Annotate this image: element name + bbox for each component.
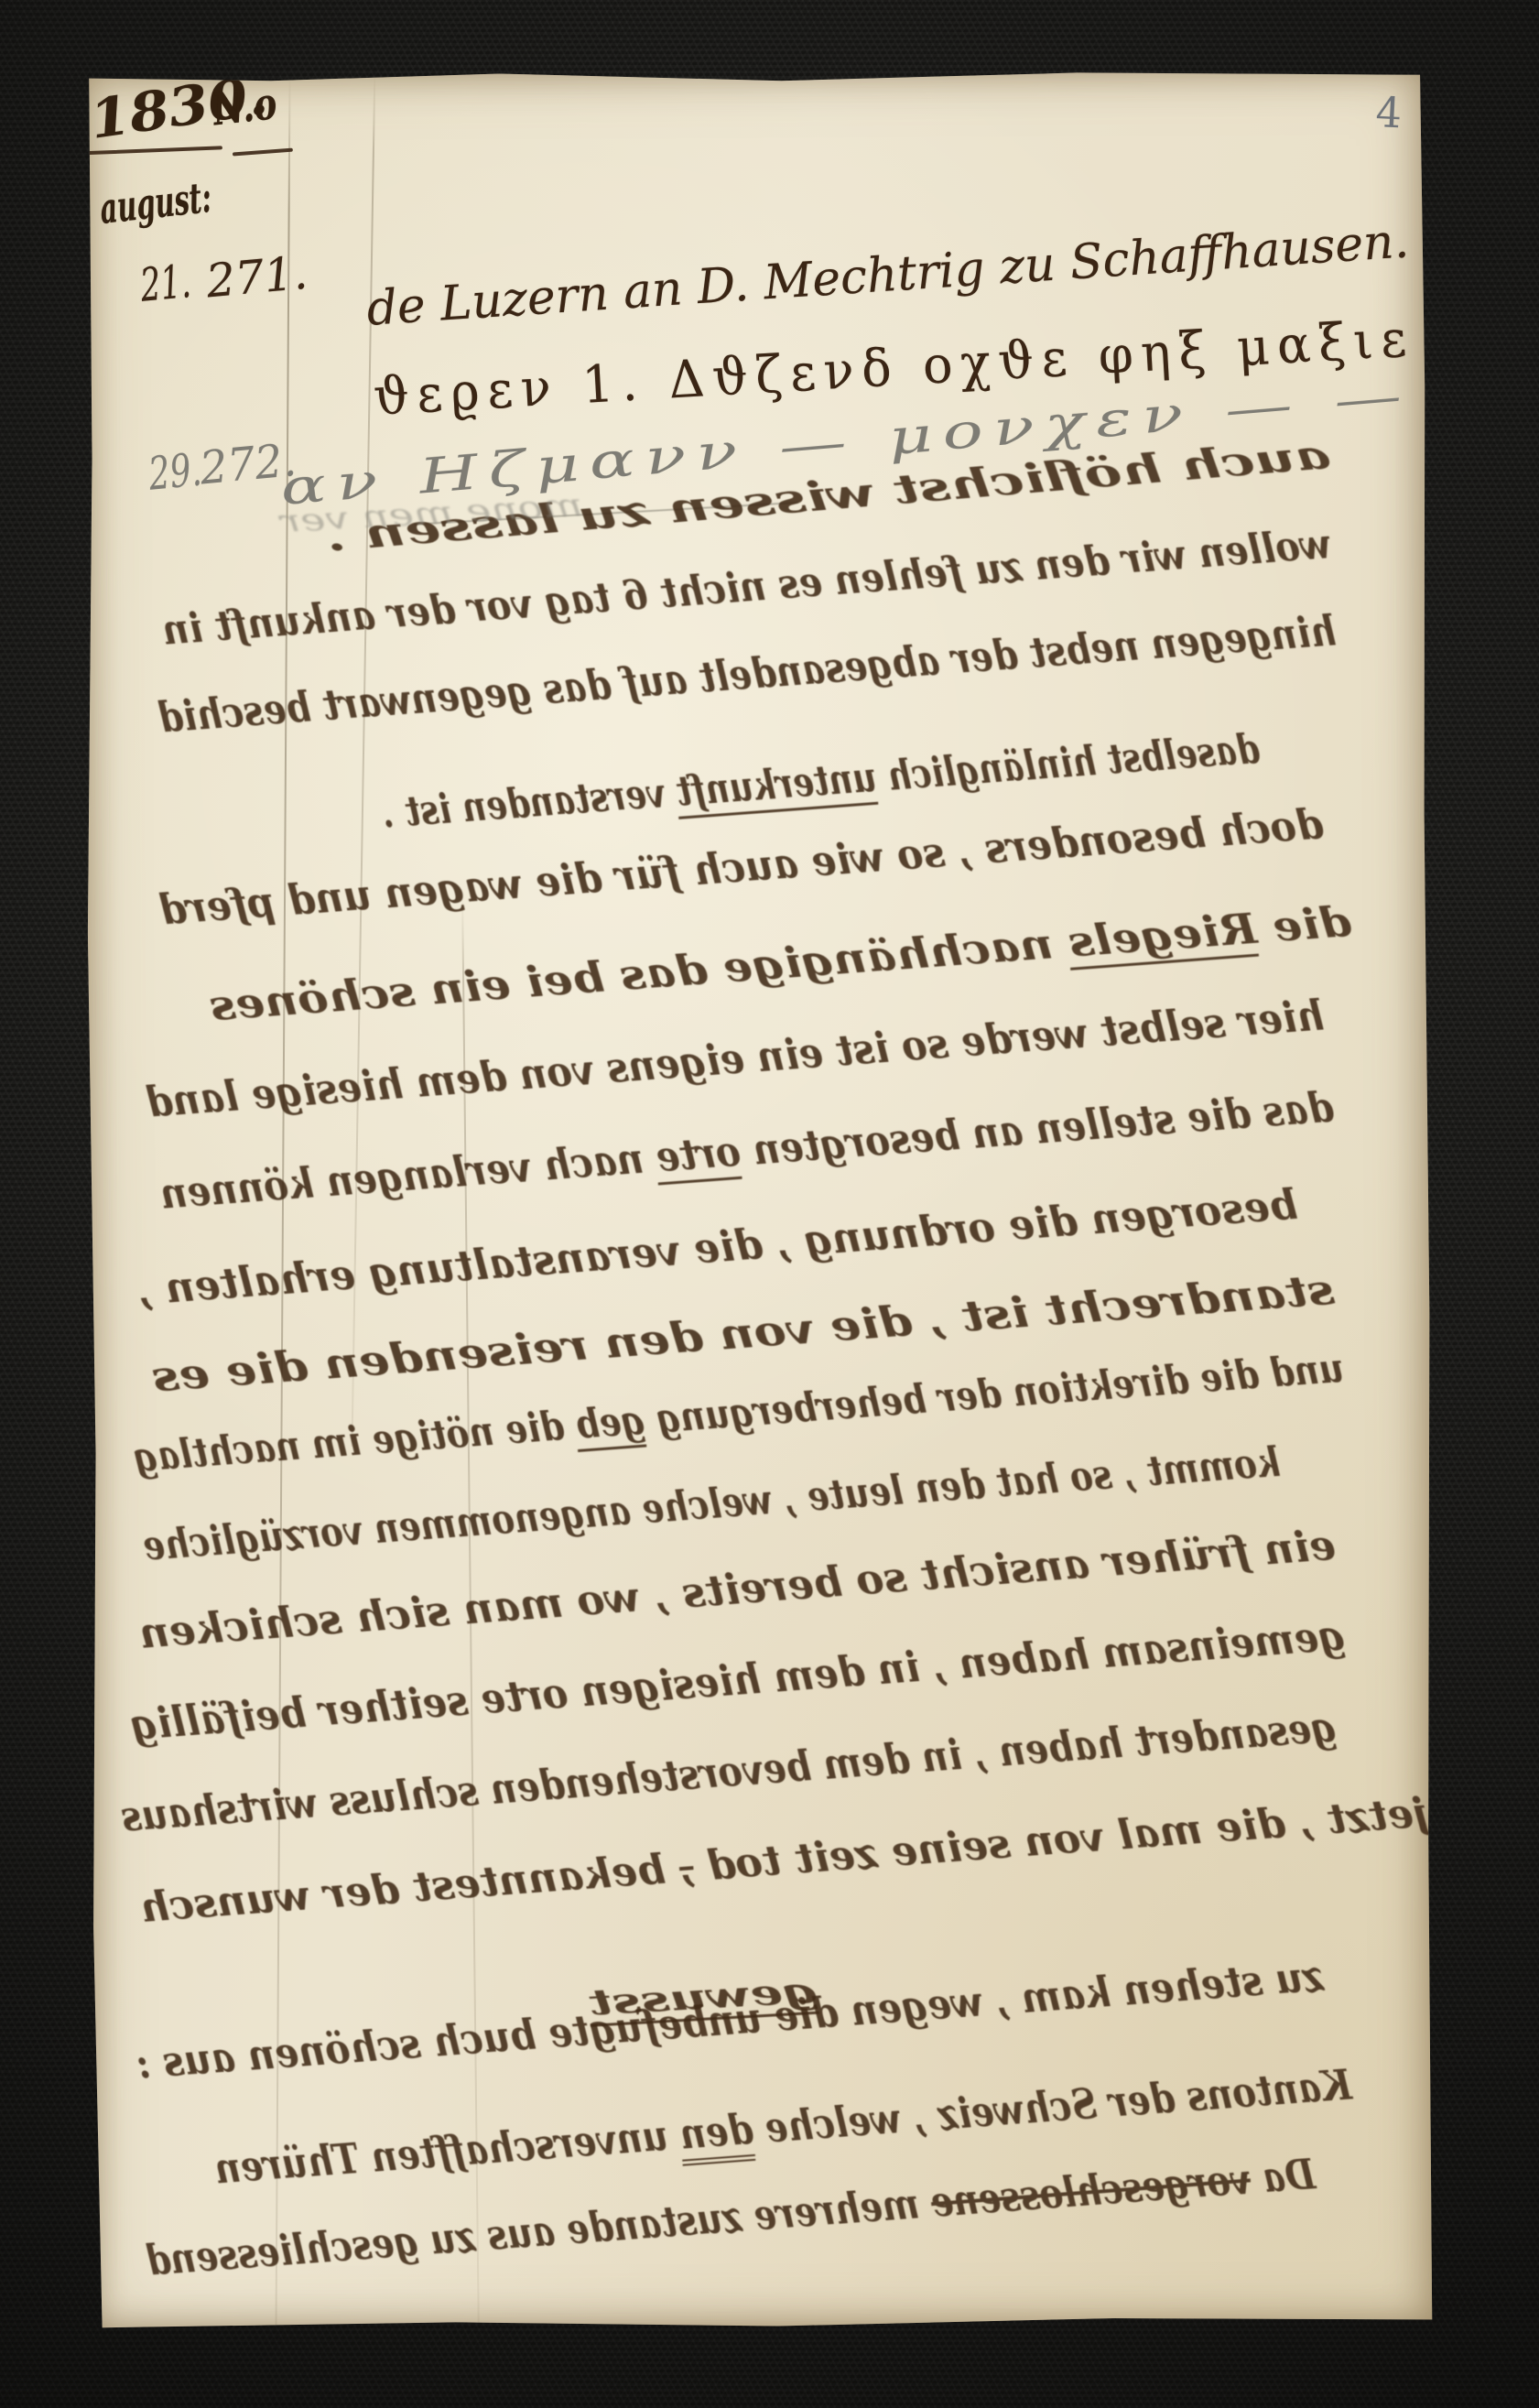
number-underline: [233, 148, 293, 157]
month-label: august:: [97, 165, 278, 233]
entry-271-number: 271.: [204, 246, 310, 309]
paper-sheet: 1830. N.o august: 4 21. 271. de Luzern a…: [83, 69, 1436, 2334]
bleedthrough-text-layer: auch höflichst wissen zu lassen . wollen…: [83, 69, 1426, 74]
fold-crease-middle: [351, 73, 375, 1447]
page-number: 4: [1375, 87, 1404, 137]
number-column-heading: N.o: [211, 76, 298, 136]
manuscript-scan-page: { "document": { "page_number": "4", "hea…: [0, 0, 1539, 2408]
